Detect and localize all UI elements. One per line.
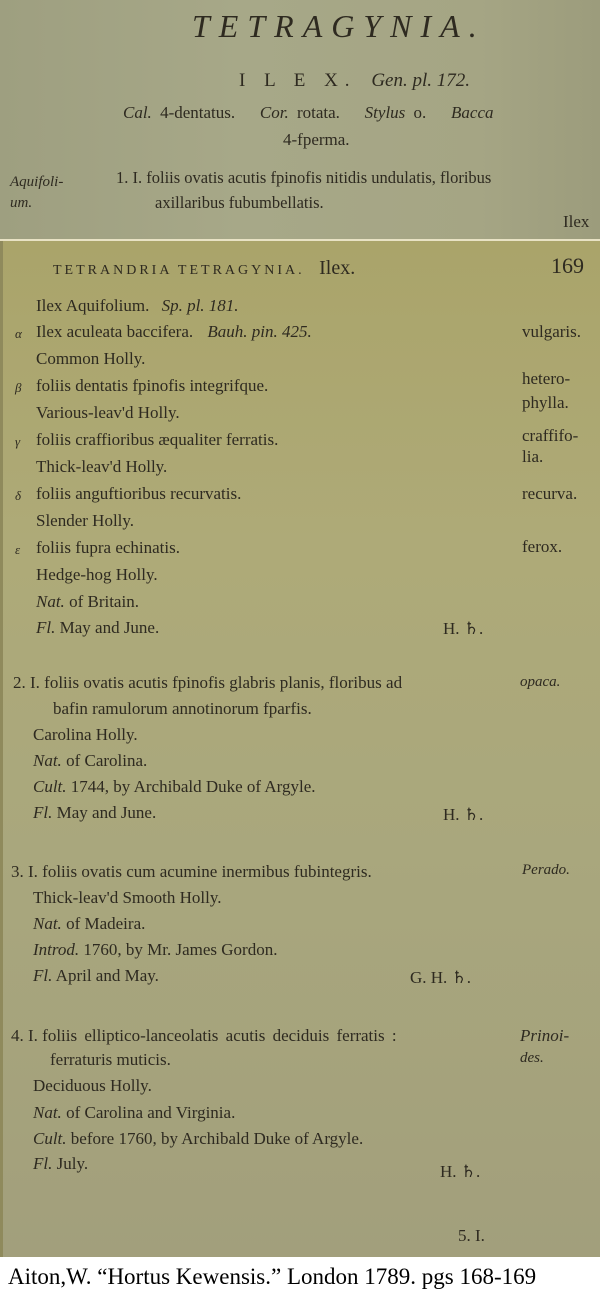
flowering-line: Fl. May and June. [33,803,156,823]
variety-name-cont: phylla. [522,393,569,413]
catchword: 5. I. [458,1226,485,1246]
species-common-name: Thick-leav'd Smooth Holly. [33,888,221,908]
catchword: Ilex [563,212,589,232]
variety-letter: γ [15,434,20,450]
variety-desc: foliis anguftioribus recurvatis. [36,484,241,504]
corolla-label: Cor. [260,103,289,122]
nat-label: Nat. [33,1103,62,1122]
genus-name: I L E X. [239,70,357,91]
fl-text: May and June. [57,803,157,822]
introduction-line: Introd. 1760, by Mr. James Gordon. [33,940,277,960]
species-1-description: 1. I. foliis ovatis acutis fpinofis niti… [116,168,491,188]
habit-symbol: H. ♄. [443,805,483,825]
species-1-description-cont: axillaribus fubumbellatis. [155,193,324,213]
species-desc-line1: foliis elliptico-lanceolatis acutis deci… [42,1026,396,1045]
introd-label: Introd. [33,940,79,959]
page-169-scan: TETRANDRIA TETRAGYNIA. Ilex. 169 Ilex Aq… [0,241,600,1257]
stylus-label: Stylus [365,103,406,122]
native-line: Nat. of Britain. [36,592,139,612]
fl-label: Fl. [33,803,52,822]
variety-letter: β [15,380,21,396]
species-2-description-cont: bafin ramulorum annotinorum fparfis. [53,699,312,719]
corolla-text: rotata. [297,103,340,122]
species-desc-line1: foliis ovatis acutis fpinofis glabris pl… [44,673,402,692]
habit-symbol: G. H. ♄. [410,968,471,988]
variety-common-name: Hedge-hog Holly. [36,565,158,585]
flowering-line: Fl. May and June. [36,618,159,638]
introd-text: 1760, by Mr. James Gordon. [83,940,277,959]
variety-desc-text: Ilex aculeata baccifera. [36,322,193,341]
class-title: TETRAGYNIA. [192,8,486,45]
stylus-text: o. [414,103,427,122]
species-name: Perado. [522,862,570,879]
generic-characters: Cal. 4-dentatus. Cor. rotata. Stylus o. … [123,103,494,123]
species-number: 2. I. [13,673,40,692]
fl-label: Fl. [33,966,52,985]
running-head: TETRANDRIA TETRAGYNIA. Ilex. [53,257,355,280]
species-name-cont: des. [520,1050,544,1067]
species-number: 4. I. [11,1026,38,1045]
variety-letter: δ [15,488,21,504]
variety-name-cont: lia. [522,447,543,467]
variety-common-name: Slender Holly. [36,511,134,531]
species-name: Prinoi- [520,1026,569,1046]
citation-caption: Aiton,W. “Hortus Kewensis.” London 1789.… [8,1264,536,1290]
nat-text: of Britain. [69,592,139,611]
nat-text: of Madeira. [66,914,145,933]
page-number: 169 [551,253,584,279]
native-line: Nat. of Carolina. [33,751,147,771]
bacca-label: Bacca [451,103,493,122]
cult-label: Cult. [33,1129,67,1148]
nat-text: of Carolina. [66,751,147,770]
flowering-line: Fl. April and May. [33,966,159,986]
species-4-description-cont: ferraturis muticis. [50,1050,171,1070]
fl-label: Fl. [36,618,55,637]
page-168-scan: TETRAGYNIA. I L E X. Gen. pl. 172. Cal. … [0,0,600,239]
species-common-name: Carolina Holly. [33,725,138,745]
variety-common-name: Common Holly. [36,349,145,369]
variety-name: craffifo- [522,426,578,446]
variety-name: recurva. [522,484,577,504]
running-head-genus: Ilex. [319,257,355,279]
variety-letter: α [15,326,22,342]
variety-desc: foliis craffioribus æqualiter ferratis. [36,430,278,450]
fl-text: April and May. [56,966,159,985]
species-4-description: 4. I. foliis elliptico-lanceolatis acuti… [11,1026,397,1046]
species-desc-line1: foliis ovatis acutis fpinofis nitidis un… [146,168,491,187]
cultivation-line: Cult. before 1760, by Archibald Duke of … [33,1129,363,1149]
variety-desc: foliis dentatis fpinofis integrifque. [36,376,268,396]
variety-letter: ε [15,542,20,558]
nat-label: Nat. [36,592,65,611]
species-2-description: 2. I. foliis ovatis acutis fpinofis glab… [13,673,402,693]
species-common-name: Deciduous Holly. [33,1076,152,1096]
species-desc-line1: foliis ovatis cum acumine inermibus fubi… [42,862,372,881]
synonym-text: Ilex Aquifolium. [36,296,149,315]
fl-text: May and June. [60,618,160,637]
nat-text: of Carolina and Virginia. [66,1103,235,1122]
variety-ref: Bauh. pin. 425. [207,322,311,341]
fl-text: July. [57,1154,89,1173]
margin-name-line2: um. [10,193,63,214]
variety-name: vulgaris. [522,322,581,342]
flowering-line: Fl. July. [33,1154,88,1174]
species-3-description: 3. I. foliis ovatis cum acumine inermibu… [11,862,372,882]
cultivation-line: Cult. 1744, by Archibald Duke of Argyle. [33,777,316,797]
variety-name: hetero- [522,369,570,389]
genus-reference: Gen. pl. 172. [371,70,470,91]
nat-label: Nat. [33,751,62,770]
running-head-text: TETRANDRIA TETRAGYNIA. [53,263,305,278]
species-margin-name: Aquifoli- um. [10,172,63,214]
variety-name: ferox. [522,537,562,557]
species-number: 3. I. [11,862,38,881]
calyx-label: Cal. [123,103,152,122]
cult-label: Cult. [33,777,67,796]
variety-desc: foliis fupra echinatis. [36,538,180,558]
genus-heading: I L E X. Gen. pl. 172. [239,70,470,92]
margin-name-line1: Aquifoli- [10,172,63,193]
native-line: Nat. of Madeira. [33,914,145,934]
fl-label: Fl. [33,1154,52,1173]
species-name: opaca. [520,674,560,691]
synonym-line: Ilex Aquifolium. Sp. pl. 181. [36,296,239,316]
synonym-ref: Sp. pl. 181. [162,296,239,315]
variety-common-name: Thick-leav'd Holly. [36,457,167,477]
variety-common-name: Various-leav'd Holly. [36,403,180,423]
cult-text: before 1760, by Archibald Duke of Argyle… [71,1129,363,1148]
habit-symbol: H. ♄. [440,1162,480,1182]
calyx-text: 4-dentatus. [160,103,235,122]
cult-text: 1744, by Archibald Duke of Argyle. [71,777,316,796]
native-line: Nat. of Carolina and Virginia. [33,1103,235,1123]
species-number: 1. I. [116,168,142,187]
nat-label: Nat. [33,914,62,933]
generic-characters-cont: 4-fperma. [283,130,350,150]
variety-desc: Ilex aculeata baccifera. Bauh. pin. 425. [36,322,312,342]
habit-symbol: H. ♄. [443,619,483,639]
